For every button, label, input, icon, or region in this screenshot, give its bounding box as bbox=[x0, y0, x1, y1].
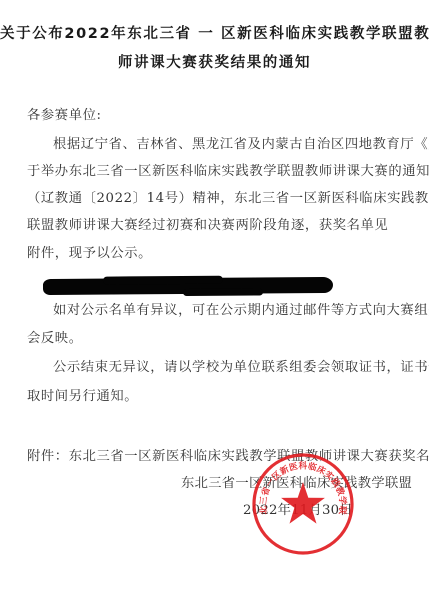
paragraph-1-line-5: 附件，现予以公示。 bbox=[27, 246, 152, 262]
document-title-line-2: 师讲课大赛获奖结果的通知 bbox=[0, 51, 429, 72]
salutation: 各参赛单位: bbox=[27, 108, 102, 124]
paragraph-1-line-4: 联盟教师讲课大赛经过初赛和决赛两阶段角逐，获奖名单见 bbox=[27, 218, 388, 234]
paragraph-1-line-3: （辽教通〔2022〕14号）精神，东北三省一区新医科临床实践教学 bbox=[27, 191, 399, 207]
paragraph-2-line-1: 如对公示名单有异议，可在公示期内通过邮件等方式向大赛组委 bbox=[53, 303, 401, 319]
paragraph-1-line-2: 于举办东北三省一区新医科临床实践教学联盟教师讲课大赛的通知》 bbox=[27, 164, 399, 180]
signature-date: 2022年11月30日 bbox=[243, 503, 353, 519]
paragraph-3-line-1: 公示结束无异议，请以学校为单位联系组委会领取证书，证书领 bbox=[53, 360, 401, 376]
redaction-mark bbox=[43, 277, 333, 295]
paragraph-3-line-2: 取时间另行通知。 bbox=[27, 389, 138, 405]
document-page: 关于公布2022年东北三省 一 区新医科临床实践教学联盟教 师讲课大赛获奖结果的… bbox=[0, 0, 429, 607]
document-title-line-1: 关于公布2022年东北三省 一 区新医科临床实践教学联盟教 bbox=[0, 22, 429, 43]
paragraph-2-line-2: 会反映。 bbox=[27, 331, 83, 347]
paragraph-1-line-1: 根据辽宁省、吉林省、黑龙江省及内蒙古自治区四地教育厅《关 bbox=[53, 137, 401, 153]
signature-organization: 东北三省一区新医科临床实践教学联盟 bbox=[181, 476, 412, 492]
attachment-line: 附件：东北三省一区新医科临床实践教学联盟教师讲课大赛获奖名单 bbox=[27, 449, 399, 465]
